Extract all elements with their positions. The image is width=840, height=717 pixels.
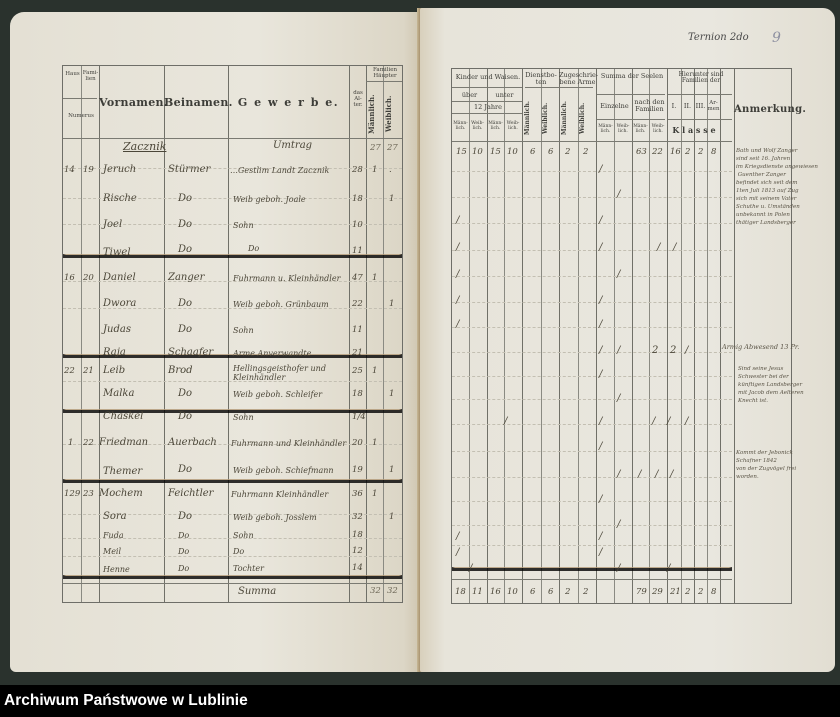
carry-12: 16	[670, 147, 681, 157]
row-gewerbe: Sohn	[233, 326, 254, 335]
row-haus: 129	[64, 489, 80, 499]
row-m: 1	[372, 366, 377, 376]
row-vorname: Daniel	[103, 272, 136, 283]
header-hierunter: Hierunter sind Familien der	[668, 72, 734, 85]
total-10: 79	[636, 587, 647, 597]
row-m: 1	[372, 438, 377, 448]
total-12: 21	[670, 587, 681, 597]
total-11: 29	[652, 587, 663, 597]
total-3: 10	[507, 587, 518, 597]
row-gewerbe: Sohn	[233, 531, 254, 540]
row-beiname: Zanger	[168, 272, 204, 283]
row-alter: 1/4	[352, 412, 366, 422]
row-gewerbe: Tochter	[233, 564, 264, 573]
header-einzelne-m: Männ-lich.	[597, 125, 614, 134]
header-dienstboten-m: Männlich.	[525, 99, 539, 137]
row-beiname: Do	[178, 511, 192, 522]
row-vorname: Malka	[103, 388, 134, 399]
row-fam: 23	[83, 489, 94, 499]
header-mannl-uber: Männ-lich.	[452, 122, 469, 131]
row-beiname: Do	[178, 324, 192, 335]
row-gewerbe: Sohn	[233, 413, 254, 422]
row-m: 1	[372, 489, 377, 499]
header-einzelne: Einzelne	[597, 103, 632, 110]
row-alter: 18	[352, 194, 363, 204]
carry-2: 15	[490, 147, 501, 157]
header-mannl-unter: Männ-lich.	[487, 122, 504, 131]
header-familien: Fami-lien	[82, 71, 99, 83]
row-vorname: Raja	[103, 347, 126, 358]
row-vorname: Meil	[103, 547, 121, 556]
remark-1: Bath und Wolf Zanger sind seit 16. Jahre…	[736, 147, 818, 227]
row-beiname: Stürmer	[168, 164, 210, 175]
remark-4: Kommt der Jebonick Schafner 1842 von der…	[736, 449, 796, 481]
section-title: Zacznik	[123, 140, 166, 153]
carry-13: 2	[685, 147, 690, 157]
census-table-left: Haus Fami-lien Numerus Vornamen. Beiname…	[62, 65, 403, 603]
header-alter: das Al-ter.	[350, 91, 366, 108]
row-w: 1	[389, 512, 394, 522]
row-beiname: Do	[178, 193, 192, 204]
row-gewerbe: Fuhrmann und Kleinhändler	[231, 439, 346, 448]
row-gewerbe: Arme Anverwandte	[233, 349, 311, 358]
row-gewerbe: Hellingsgeisthofer und Kleinhändler	[233, 364, 345, 382]
header-zugeschriebene-arme: Zugeschrie-bene Arme	[559, 72, 596, 86]
row-alter: 32	[352, 512, 363, 522]
row-alter: 18	[352, 530, 363, 540]
remark-2: Armig Abwesend 13 Pr.	[722, 343, 799, 351]
header-kinder-waisen: Kinder und Waisen.	[452, 74, 524, 81]
header-dienstboten-w: Weiblich.	[543, 99, 557, 137]
total-w: 32	[387, 586, 398, 596]
row-beiname: Do	[178, 547, 189, 556]
row-beiname: Feichtler	[168, 488, 213, 499]
carry-10: 63	[636, 147, 647, 157]
carry-0: 15	[456, 147, 467, 157]
row-alter: 18	[352, 389, 363, 399]
header-arme-m: Männlich.	[562, 99, 576, 137]
row-gewerbe: Sohn	[233, 221, 254, 230]
carry-4: 6	[530, 147, 535, 157]
total-6: 2	[565, 587, 570, 597]
row-beiname: Do	[178, 564, 189, 573]
row-vorname: Friedman	[99, 437, 148, 448]
row-fam: 20	[83, 273, 94, 283]
total-1: 11	[472, 587, 483, 597]
row-beiname: Do	[178, 388, 192, 399]
row-beiname: Auerbach	[168, 437, 217, 448]
header-beinamen: Beinamen.	[164, 97, 228, 109]
row-vorname: Sora	[103, 511, 127, 522]
row-vorname: Rische	[103, 193, 137, 204]
row-alter: 25	[352, 366, 363, 376]
row-vorname: Leib	[103, 365, 125, 376]
carry-5: 6	[548, 147, 553, 157]
row-alter: 11	[352, 325, 363, 335]
header-nach-familien: nach den Familien	[632, 99, 667, 113]
row-w: .	[389, 165, 392, 175]
row-haus: 14	[64, 165, 75, 175]
total-4: 6	[530, 587, 535, 597]
row-alter: 11	[352, 246, 363, 256]
row-gewerbe: Weib geboh. Joale	[233, 195, 306, 204]
row-vorname: Chaskel	[103, 411, 143, 422]
carry-14: 2	[698, 147, 703, 157]
remark-3: Sind seine Jesus Schwester bei der künft…	[738, 365, 804, 405]
archive-label: Archiwum Państwowe w Lublinie	[4, 692, 248, 710]
total-15: 8	[711, 587, 716, 597]
header-klasse-iii: III.	[694, 103, 707, 110]
row-beiname: Schaafer	[168, 347, 213, 358]
carry-over-label: Umtrag	[273, 140, 312, 151]
row-alter: 10	[352, 220, 363, 230]
header-summa-seelen: Summa der Seelen	[597, 73, 667, 80]
row-haus: 16	[64, 273, 75, 283]
row-alter: 12	[352, 546, 363, 556]
row-vorname: Jeruch	[103, 164, 136, 175]
row-gewerbe: Fuhrmann u. Kleinhändler	[233, 274, 340, 283]
header-einzelne-w: Weib-lich.	[614, 125, 632, 134]
carry-6: 2	[565, 147, 570, 157]
row-beiname: Do	[178, 298, 192, 309]
row-gewerbe: Fuhrmann Kleinhändler	[231, 490, 328, 499]
row-vorname: Henne	[103, 565, 130, 574]
row-gewerbe: Weib geboh. Schiefmann	[233, 466, 334, 475]
header-unter: unter	[487, 92, 522, 99]
row-beiname: Brod	[168, 365, 193, 376]
header-arme-w: Weiblich.	[580, 99, 594, 137]
carry-over-m: 27	[370, 143, 381, 153]
folio-number: 9	[772, 30, 781, 46]
header-dienstboten: Dienstbo-ten	[523, 72, 559, 86]
header-numerus: Numerus	[63, 114, 99, 120]
row-w: 1	[389, 465, 394, 475]
carry-15: 8	[711, 147, 716, 157]
row-w: 1	[389, 299, 394, 309]
row-beiname: Do	[178, 244, 192, 255]
row-alter: 21	[352, 348, 363, 358]
row-vorname: Tiwel	[103, 247, 131, 258]
row-gewerbe: Weib geboh. Grünbaum	[233, 300, 329, 309]
header-weibl-uber: Weib-lich.	[469, 122, 486, 131]
header-gewerbe: G e w e r b e.	[228, 97, 349, 109]
carry-11: 22	[652, 147, 663, 157]
row-haus: 1	[68, 438, 73, 448]
row-gewerbe: Do	[248, 244, 259, 253]
row-gewerbe: …Gestlim Landt Zacznik	[230, 166, 329, 175]
row-beiname: Do	[178, 464, 192, 475]
total-5: 6	[548, 587, 553, 597]
header-uber: über	[452, 92, 487, 99]
carry-over-w: 27	[387, 143, 398, 153]
row-beiname: Do	[178, 219, 192, 230]
total-m: 32	[370, 586, 381, 596]
total-7: 2	[583, 587, 588, 597]
census-table-right: Kinder und Waisen. über unter 12 Jahre M…	[451, 68, 792, 604]
folio-note: Ternion 2do	[688, 32, 749, 43]
row-m: 1	[372, 273, 377, 283]
total-14: 2	[698, 587, 703, 597]
carry-1: 10	[472, 147, 483, 157]
row-vorname: Themer	[103, 466, 142, 477]
row-gewerbe: Do	[233, 547, 244, 556]
row-beiname: Do	[178, 411, 192, 422]
header-klasse-i: I.	[667, 103, 681, 110]
archive-footer: Archiwum Państwowe w Lublinie	[0, 685, 840, 717]
row-w: 1	[389, 389, 394, 399]
total-13: 2	[685, 587, 690, 597]
header-familien-m: Männ-lich.	[632, 125, 649, 134]
total-2: 16	[490, 587, 501, 597]
header-armen: Ar-men	[707, 101, 720, 113]
row-haus: 22	[64, 366, 75, 376]
row-vorname: Joel	[103, 219, 122, 230]
total-0: 18	[455, 587, 466, 597]
row-alter: 14	[352, 563, 363, 573]
row-fam: 21	[83, 366, 94, 376]
row-beiname: Do	[178, 531, 189, 540]
row-m: 1	[372, 165, 377, 175]
header-jahre: 12 Jahre	[452, 104, 524, 111]
row-vorname: Judas	[103, 324, 131, 335]
row-alter: 20	[352, 438, 363, 448]
header-weiblich: Weiblich.	[385, 94, 399, 134]
row-alter: 28	[352, 165, 363, 175]
header-familien-haupter: Familien Häupter	[367, 68, 403, 80]
header-familien-w: Weib-lich.	[649, 125, 667, 134]
header-vornamen: Vornamen.	[99, 97, 164, 109]
row-vorname: Mochem	[99, 488, 143, 499]
row-gewerbe: Weib geboh. Josslem	[233, 513, 317, 522]
row-vorname: Fuda	[103, 531, 124, 540]
carry-7: 2	[583, 147, 588, 157]
header-anmerkung: Anmerkung.	[734, 105, 793, 116]
row-alter: 19	[352, 465, 363, 475]
row-alter: 36	[352, 489, 363, 499]
header-mannlich: Männlich.	[368, 94, 382, 134]
row-alter: 47	[352, 273, 363, 283]
row-fam: 22	[83, 438, 94, 448]
carry-3: 10	[507, 147, 518, 157]
header-klasse: K l a s s e	[668, 126, 720, 134]
row-gewerbe: Weib geboh. Schleifer	[233, 390, 322, 399]
header-haus: Haus	[64, 72, 81, 78]
row-fam: 19	[83, 165, 94, 175]
total-label: Summa	[238, 586, 276, 597]
row-vorname: Dwora	[103, 298, 136, 309]
header-weibl-unter: Weib-lich.	[504, 122, 522, 131]
row-alter: 22	[352, 299, 363, 309]
header-klasse-ii: II.	[681, 103, 694, 110]
row-w: 1	[389, 194, 394, 204]
